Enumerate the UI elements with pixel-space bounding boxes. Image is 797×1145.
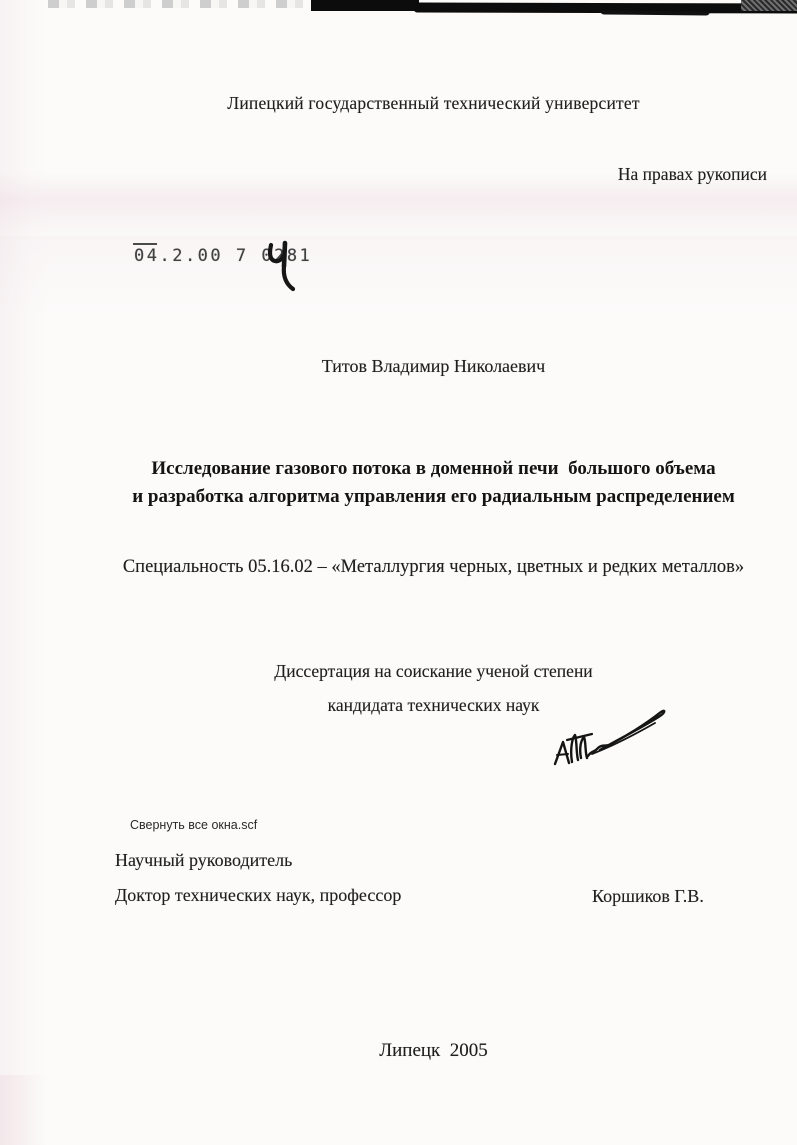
supervisor-degree: Доктор технических наук, профессор (115, 885, 401, 906)
scan-smudge-streaks (48, 0, 306, 8)
scan-artifact-top-bar-tail (600, 10, 710, 15)
scanned-title-page: Липецкий государственный технический уни… (0, 0, 797, 1145)
signature-icon (548, 700, 670, 768)
scan-tint-band (0, 236, 797, 316)
scan-artifact-dither-block (741, 0, 797, 11)
city-and-year: Липецк 2005 (70, 1040, 797, 1062)
author-name: Титов Владимир Николаевич (70, 356, 797, 377)
scan-artifact-top-bar-thick (311, 0, 419, 11)
dissertation-title-line1: Исследование газового потока в доменной … (70, 455, 797, 483)
degree-statement-line2: кандидата технических наук (70, 695, 797, 716)
degree-statement-line1: Диссертация на соискание ученой степени (70, 661, 797, 682)
dissertation-title-line2: и разработка алгоритма управления его ра… (70, 483, 797, 511)
supervisor-label: Научный руководитель (115, 850, 292, 871)
scan-tint-left-margin (0, 0, 52, 1145)
supervisor-name: Коршиков Г.В. (592, 886, 704, 907)
manuscript-rights-note: На правах рукописи (618, 164, 767, 185)
specialty-line: Специальность 05.16.02 – «Металлургия че… (70, 557, 797, 578)
university-name: Липецкий государственный технический уни… (70, 93, 797, 114)
handwritten-mark-icon (263, 239, 299, 293)
stamp-overline (133, 243, 157, 245)
desktop-shortcut-label: Свернуть все окна.scf (130, 818, 257, 832)
scan-tint-corner (0, 1075, 46, 1145)
